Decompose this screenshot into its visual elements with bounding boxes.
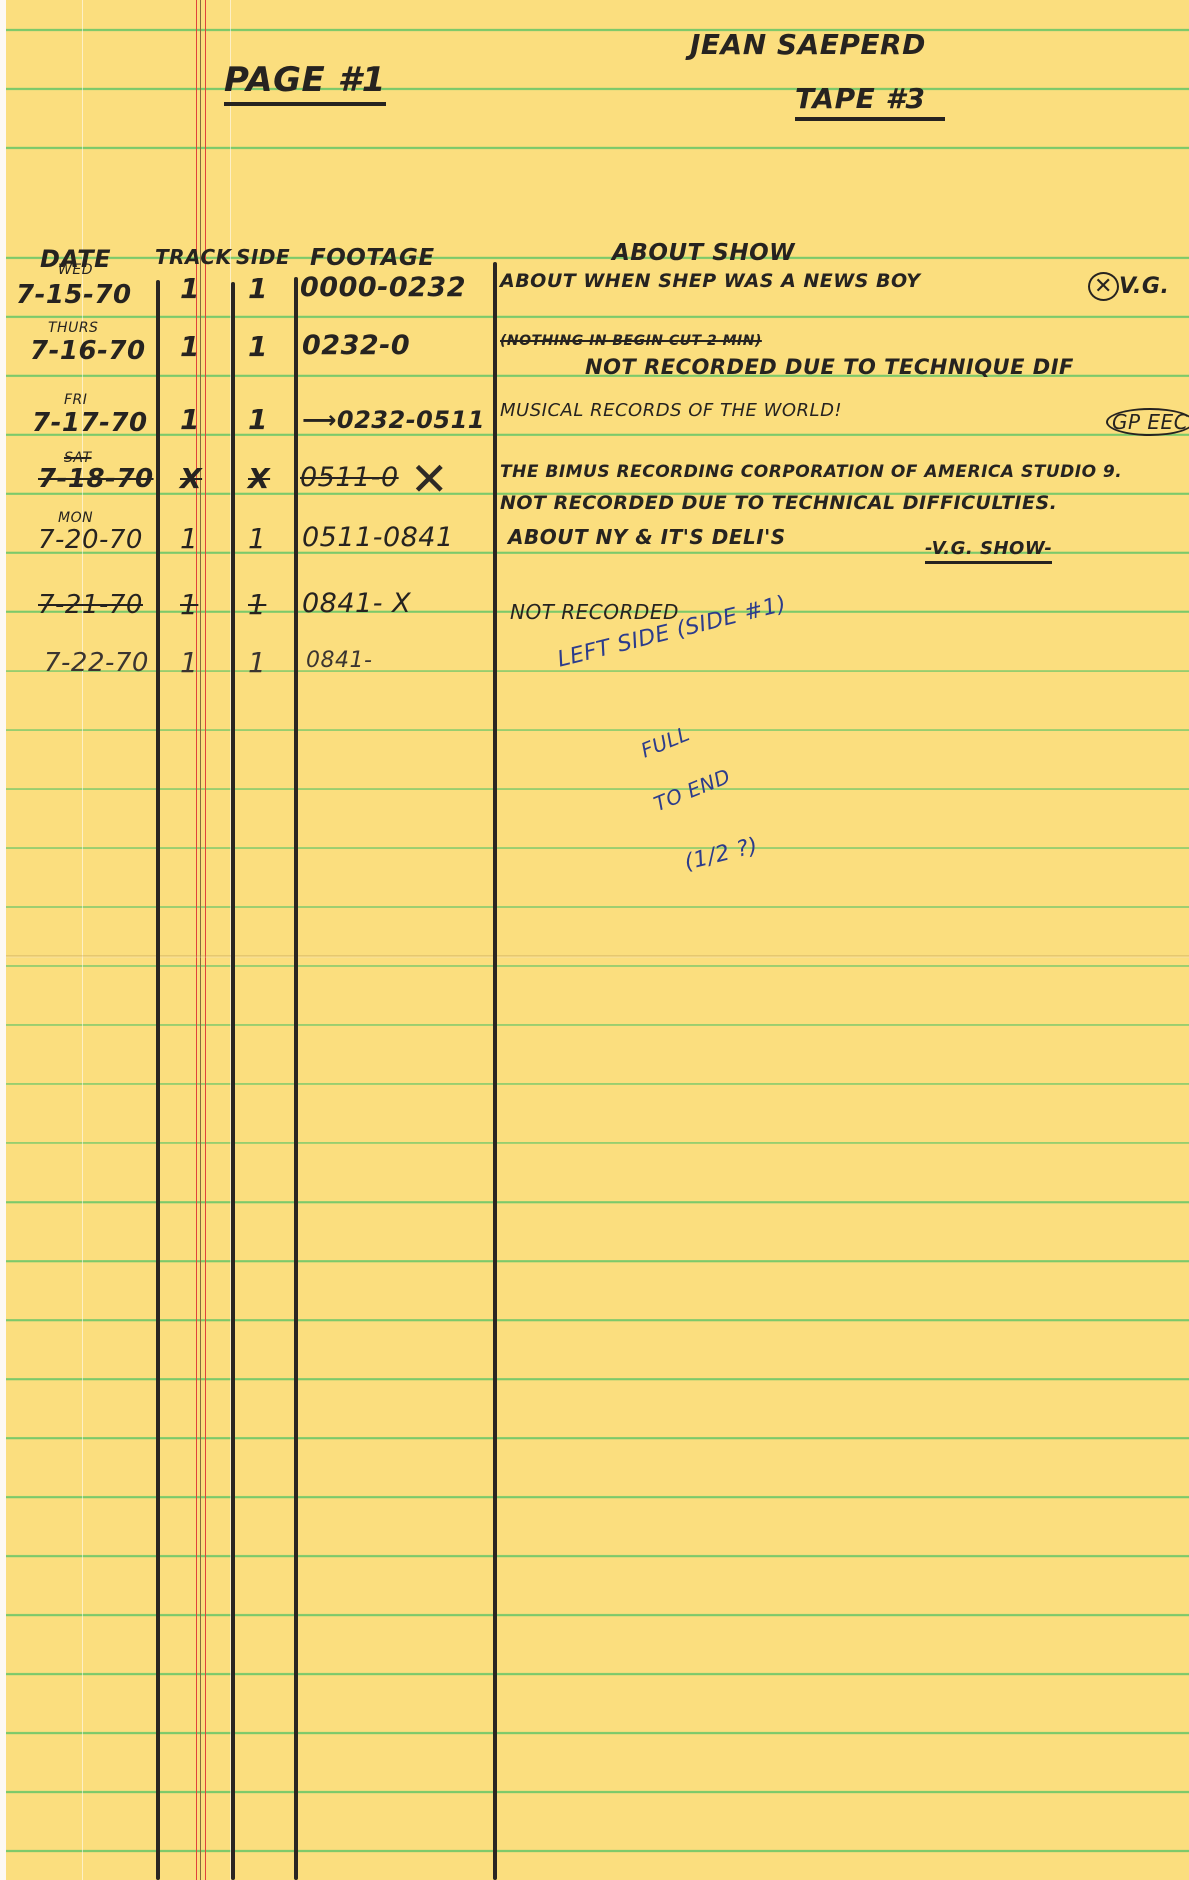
rating-text: V.G.: [1119, 274, 1169, 299]
row-side: 1: [248, 272, 268, 305]
row-about: NOT RECORDED DUE TO TECHNIQUE DIF: [585, 355, 1074, 379]
row-track: 1: [180, 522, 198, 555]
row-footage: 0000-0232: [300, 272, 466, 303]
row-side: 1: [248, 330, 268, 363]
column-header-footage: FOOTAGE: [310, 245, 435, 271]
row-track: 1: [180, 403, 200, 436]
row-day: FRI: [64, 392, 87, 408]
row-side: 1: [248, 646, 266, 679]
row-about: MUSICAL RECORDS OF THE WORLD!: [500, 400, 842, 421]
row-about: ABOUT WHEN SHEP WAS A NEWS BOY: [500, 270, 921, 292]
row-date: 7-21-70: [38, 590, 143, 620]
rating-mark: GP EEC: [1106, 408, 1189, 436]
row-day: WED: [58, 262, 93, 278]
cross-out-x-icon: X: [392, 588, 411, 619]
fold-crease: [6, 955, 1189, 958]
tape-label: TAPE #3: [795, 82, 945, 121]
row-about-struck: (NOTHING IN BEGIN CUT 2 MIN): [500, 333, 762, 349]
row-footage: 0511-0841: [302, 522, 454, 553]
row-side: X: [248, 462, 270, 495]
row-day: MON: [58, 510, 93, 526]
column-divider-side-footage: [294, 277, 298, 1880]
column-header-side: SIDE: [236, 245, 290, 269]
column-divider-track-side: [231, 282, 235, 1880]
row-date: 7-20-70: [38, 525, 143, 555]
row-about: NOT RECORDED: [510, 600, 679, 624]
margin-line-red: [205, 0, 206, 1880]
title-name: JEAN SAEPERD: [690, 28, 926, 61]
column-divider-date-track: [156, 280, 160, 1880]
column-divider-footage-about: [493, 262, 497, 1880]
row-about-detail: THE BIMUS RECORDING CORPORATION OF AMERI…: [500, 462, 1122, 482]
rating-mark: ✕V.G.: [1088, 272, 1169, 301]
row-date: 7-17-70: [32, 408, 148, 438]
row-footage: 0511-0: [300, 462, 399, 493]
column-header-track: TRACK: [155, 245, 232, 269]
row-side: 1: [248, 522, 266, 555]
row-date: 7-18-70: [38, 464, 154, 494]
row-side: 1: [248, 403, 268, 436]
row-track: 1: [180, 272, 200, 305]
margin-line-dark: [200, 0, 201, 1880]
row-track: X: [180, 462, 202, 495]
row-date: 7-15-70: [16, 280, 132, 310]
row-side: 1: [248, 588, 266, 621]
page-number-label: PAGE #1: [224, 60, 386, 106]
cross-out-x-icon: ✕: [410, 452, 449, 506]
rating-mark: -V.G. SHOW-: [925, 538, 1052, 564]
row-track: 1: [180, 330, 200, 363]
row-about: ABOUT NY & IT'S DELI'S: [508, 525, 786, 549]
row-footage: 0841- X: [302, 588, 411, 619]
row-about: NOT RECORDED DUE TO TECHNICAL DIFFICULTI…: [500, 492, 1057, 514]
circled-x-icon: ✕: [1088, 272, 1119, 301]
row-day: THURS: [48, 320, 98, 336]
row-track: 1: [180, 646, 198, 679]
row-footage: ⟶0232-0511: [302, 406, 485, 434]
row-date: 7-16-70: [30, 336, 146, 366]
row-date: 7-22-70: [44, 648, 149, 678]
row-footage: 0841-: [306, 648, 372, 673]
row-footage: 0232-0: [302, 330, 410, 361]
column-header-about-show: ABOUT SHOW: [612, 240, 795, 266]
row-track: 1: [180, 588, 198, 621]
